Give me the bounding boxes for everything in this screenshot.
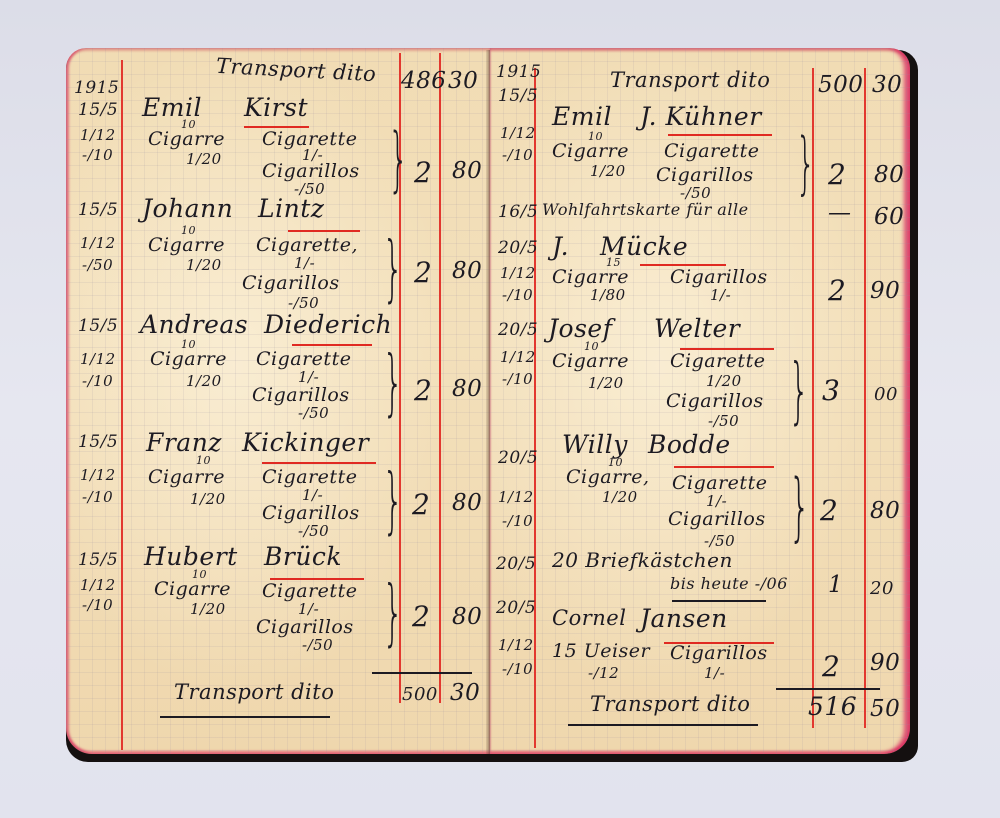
entry-subdate: -/10 xyxy=(82,146,113,164)
entry-marks: 2 xyxy=(414,374,432,407)
customer-last-name: Jansen xyxy=(640,604,728,633)
customer-last-name: Brück xyxy=(264,542,342,571)
item-name: Cigarillos xyxy=(656,164,754,186)
entry-date: 20/5 xyxy=(498,320,538,340)
item-name: Cigarre xyxy=(148,466,225,488)
customer-first-name: Hubert xyxy=(144,542,238,571)
item-name: Cigarette xyxy=(256,348,351,370)
entry-subdate: -/10 xyxy=(502,370,533,388)
item-name: Cigarre xyxy=(552,140,629,162)
customer-last-name: Diederich xyxy=(264,310,392,339)
date-margin-rule xyxy=(121,60,123,750)
item-price: 1/20 xyxy=(186,372,222,390)
item-name: Cigarette xyxy=(262,466,357,488)
customer-first-name: Josef xyxy=(548,314,612,343)
entry-marks: 2 xyxy=(414,256,432,289)
item-price: 1/20 xyxy=(186,256,222,274)
customer-first-name: J. xyxy=(552,232,569,261)
entry-date: 20/5 xyxy=(496,554,536,574)
customer-last-name: Welter xyxy=(654,314,740,343)
item-price: 1/20 xyxy=(190,600,226,618)
entry-subdate: 1/12 xyxy=(498,488,534,506)
item-name: 15 Ueiser xyxy=(552,640,650,662)
item-price: -/12 xyxy=(588,664,619,682)
name-underline xyxy=(292,344,372,346)
entry-pfennig: 60 xyxy=(874,204,904,230)
customer-first-name: Johann xyxy=(142,194,233,223)
item-price: 1/- xyxy=(704,664,725,682)
name-underline xyxy=(668,134,772,136)
item-price: 1/20 xyxy=(706,372,742,390)
entry-marks: 2 xyxy=(414,156,432,189)
entry-marks: 3 xyxy=(822,374,840,407)
item-name: Cigarillos xyxy=(262,160,360,182)
carry-out-underline xyxy=(160,716,330,718)
name-underline xyxy=(674,466,774,468)
entry-subdate: -/10 xyxy=(502,660,533,678)
item-name: Cigarette xyxy=(670,350,765,372)
year: 1915 xyxy=(74,78,119,98)
item-name: Cigarre xyxy=(148,234,225,256)
entry-description: Wohlfahrtskarte für alle xyxy=(542,200,749,219)
entry-marks: 2 xyxy=(412,488,430,521)
entry-subdate: 1/12 xyxy=(80,350,116,368)
item-price: 1/- xyxy=(294,254,315,272)
customer-first-name: Cornel xyxy=(552,606,626,630)
item-price: 1/20 xyxy=(590,162,626,180)
entry-subdate: 1/12 xyxy=(498,636,534,654)
entry-subdate: 1/12 xyxy=(80,466,116,484)
customer-last-name: Bodde xyxy=(648,430,731,459)
item-name: Cigarette xyxy=(262,580,357,602)
carry-out-underline xyxy=(568,724,758,726)
customer-first-name: Willy xyxy=(562,430,628,459)
item-name: Cigarre xyxy=(148,128,225,150)
item-price: -/50 xyxy=(708,412,739,430)
entry-date: 20/5 xyxy=(498,238,538,258)
grouping-brace: } xyxy=(789,464,810,550)
item-name: Cigarette xyxy=(672,472,767,494)
entry-subdate: -/50 xyxy=(82,256,113,274)
entry-subdate: 1/12 xyxy=(80,576,116,594)
item-name: Cigarillos xyxy=(256,616,354,638)
item-name: Cigarre xyxy=(552,350,629,372)
item-name: Cigarette, xyxy=(256,234,358,256)
name-underline xyxy=(262,462,376,464)
carry-out-pfennig: 50 xyxy=(870,696,900,722)
entry-pfennig: 00 xyxy=(874,384,898,405)
carry-out-label: Transport dito xyxy=(590,692,750,716)
item-price: 1/20 xyxy=(588,374,624,392)
grouping-brace: } xyxy=(383,340,404,424)
entry-date: 15/5 xyxy=(78,432,118,452)
entry-date: 15/5 xyxy=(78,316,118,336)
entry-marks: 1 xyxy=(828,572,843,598)
item-name: Cigarillos xyxy=(668,508,766,530)
entry-subdate: -/10 xyxy=(82,488,113,506)
item-price: 1/20 xyxy=(190,490,226,508)
entry-marks: 2 xyxy=(828,274,846,307)
item-price: -/50 xyxy=(298,404,329,422)
entry-pfennig: 80 xyxy=(870,498,900,524)
grouping-brace: } xyxy=(383,458,404,542)
item-name: Cigarillos xyxy=(666,390,764,412)
entry-pfennig: 20 xyxy=(870,578,894,599)
entry-pfennig: 80 xyxy=(452,158,482,184)
carry-in-pfennig: 30 xyxy=(872,72,902,98)
pfennig-column-rule xyxy=(864,68,866,728)
item-name: Cigarillos xyxy=(252,384,350,406)
item-name: Cigarette xyxy=(664,140,759,162)
right-page: 1915 Transport dito 500 30 15/5 1/12 -/1… xyxy=(490,48,910,754)
customer-first-name: Andreas xyxy=(140,310,248,339)
item-price: -/50 xyxy=(298,522,329,540)
carry-out-marks: 500 xyxy=(402,684,438,705)
item-name: Cigarillos xyxy=(670,642,768,664)
entry-marks: — xyxy=(828,200,852,226)
entry-marks: 2 xyxy=(828,158,846,191)
entry-date: 15/5 xyxy=(498,86,538,106)
grouping-brace: } xyxy=(789,348,810,432)
entry-subdate: 1/12 xyxy=(500,264,536,282)
sum-line xyxy=(372,672,472,674)
entry-date: 20/5 xyxy=(496,598,536,618)
entry-subdate: 1/12 xyxy=(80,126,116,144)
carry-in-marks: 486 xyxy=(401,68,446,94)
grouping-brace: } xyxy=(388,118,408,200)
customer-last-name: J. Kühner xyxy=(640,102,762,131)
entry-subdate: -/10 xyxy=(502,286,533,304)
item-price: 1/- xyxy=(710,286,731,304)
entry-pfennig: 80 xyxy=(452,490,482,516)
grouping-brace: } xyxy=(383,226,404,310)
item-price: 1/20 xyxy=(602,488,638,506)
carry-out-label: Transport dito xyxy=(174,680,334,704)
left-page: 1915 Transport dito 486 30 15/5 1/12 -/1… xyxy=(66,48,490,754)
item-price: 1/80 xyxy=(590,286,626,304)
carry-out-marks: 516 xyxy=(808,692,857,721)
item-name: Cigarre xyxy=(154,578,231,600)
item-price: 1/20 xyxy=(186,150,222,168)
customer-first-name: Franz xyxy=(146,428,222,457)
carry-out-pfennig: 30 xyxy=(450,680,480,706)
grouping-brace: } xyxy=(796,124,815,203)
entry-marks: 2 xyxy=(820,494,838,527)
entry-date: 15/5 xyxy=(78,100,118,120)
sum-line xyxy=(776,688,880,690)
entry-subdate: -/10 xyxy=(502,512,533,530)
entry-pfennig: 90 xyxy=(870,650,900,676)
item-name: Cigarre, xyxy=(566,466,650,488)
entry-marks: 2 xyxy=(412,600,430,633)
sum-line xyxy=(672,600,766,602)
entry-subdate: 1/12 xyxy=(500,124,536,142)
item-name: Cigarre xyxy=(552,266,629,288)
item-name: Cigarillos xyxy=(242,272,340,294)
entry-subdate: 1/12 xyxy=(80,234,116,252)
entry-pfennig: 80 xyxy=(452,376,482,402)
entry-description: 20 Briefkästchen xyxy=(552,548,733,572)
date-margin-rule xyxy=(534,68,536,748)
name-underline xyxy=(288,230,360,232)
carry-in-pfennig: 30 xyxy=(448,68,478,94)
carry-in-label: Transport dito xyxy=(610,68,770,92)
entry-subdate: -/10 xyxy=(502,146,533,164)
item-name: Cigarillos xyxy=(670,266,768,288)
customer-last-name: Kickinger xyxy=(242,428,369,457)
customer-first-name: Emil xyxy=(552,102,612,131)
entry-subdate: 1/12 xyxy=(500,348,536,366)
entry-date: 20/5 xyxy=(498,448,538,468)
item-name: Cigarre xyxy=(150,348,227,370)
entry-subdate: -/10 xyxy=(82,372,113,390)
year: 1915 xyxy=(496,62,541,82)
grouping-brace: } xyxy=(383,570,404,654)
customer-last-name: Kirst xyxy=(244,93,308,122)
entry-description: bis heute -/06 xyxy=(670,574,788,593)
item-name: Cigarillos xyxy=(262,502,360,524)
entry-marks: 2 xyxy=(822,650,840,683)
entry-pfennig: 80 xyxy=(452,604,482,630)
entry-pfennig: 90 xyxy=(870,278,900,304)
item-price: -/50 xyxy=(302,636,333,654)
entry-subdate: -/10 xyxy=(82,596,113,614)
entry-pfennig: 80 xyxy=(874,162,904,188)
carry-in-label: Transport dito xyxy=(215,54,376,86)
entry-date: 15/5 xyxy=(78,200,118,220)
customer-last-name: Lintz xyxy=(258,194,324,223)
pfennig-column-rule xyxy=(439,53,441,703)
entry-date: 16/5 xyxy=(498,202,538,222)
carry-in-marks: 500 xyxy=(818,72,863,98)
entry-pfennig: 80 xyxy=(452,258,482,284)
entry-date: 15/5 xyxy=(78,550,118,570)
